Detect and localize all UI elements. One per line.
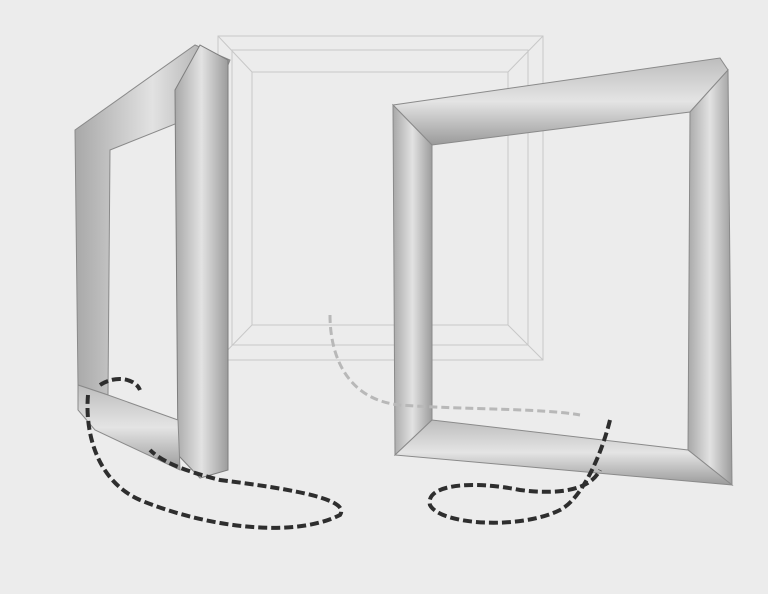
artwork (0, 0, 768, 594)
left-frame (75, 45, 230, 478)
ghost-frame (218, 36, 543, 360)
drawing-canvas (0, 0, 768, 594)
right-frame (393, 58, 732, 485)
